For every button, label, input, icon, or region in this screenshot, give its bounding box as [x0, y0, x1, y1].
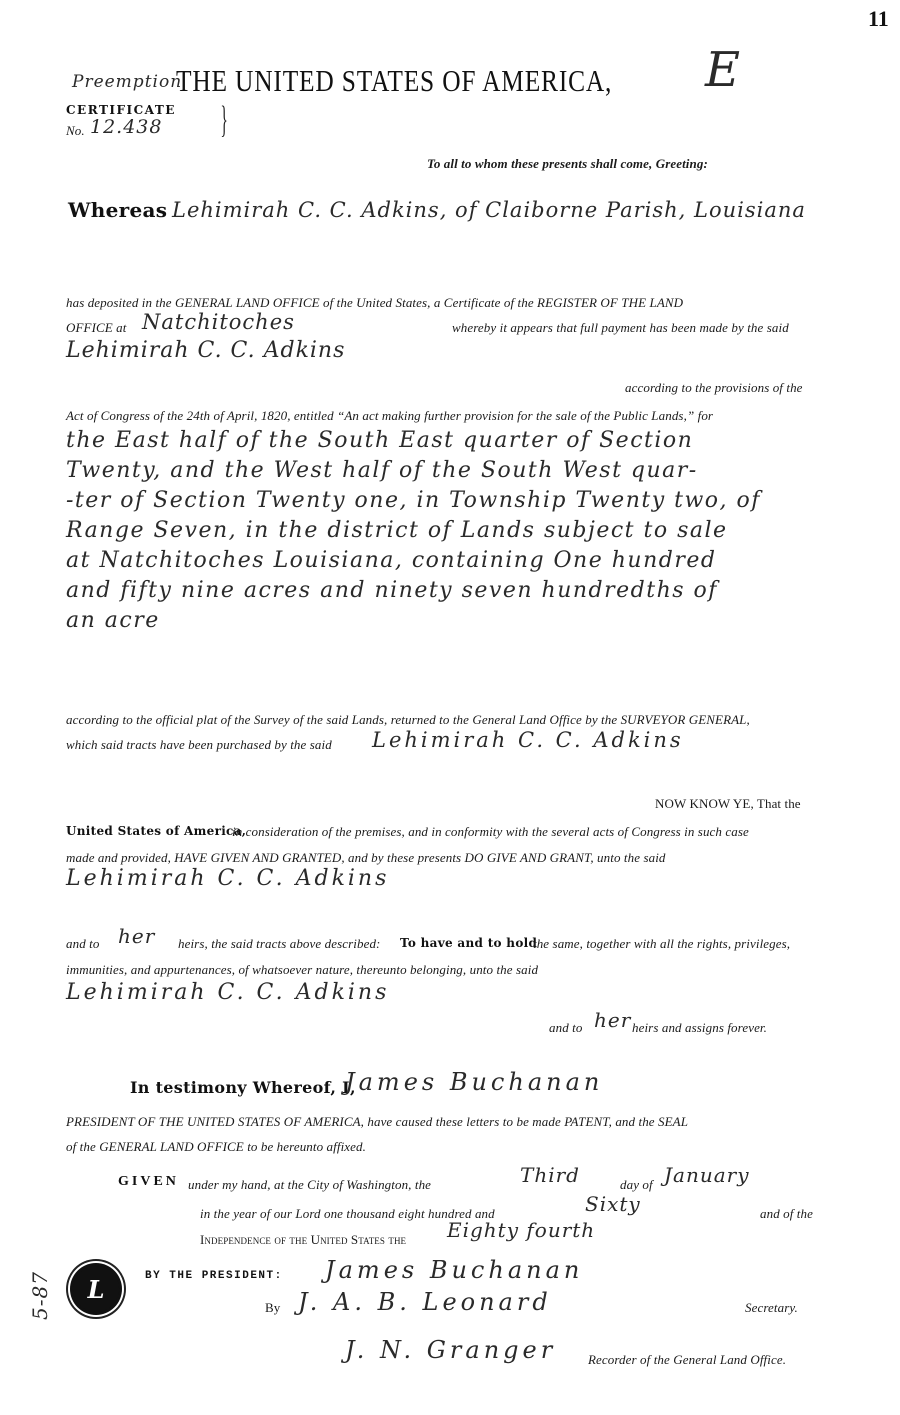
recorder-signature: J. N. Granger [345, 1336, 556, 1364]
certificate-label: CERTIFICATE [66, 103, 176, 117]
preemption-label: Preemption [72, 72, 182, 92]
given-line3: Independence of the United States the [200, 1232, 406, 1248]
to-have-label: To have and to hold [400, 936, 537, 950]
document-title: THE UNITED STATES OF AMERICA, [176, 63, 612, 99]
whereby-text: whereby it appears that full payment has… [452, 320, 789, 336]
margin-note: 5-87 [28, 1271, 52, 1320]
independence-year: Eighty fourth [447, 1218, 595, 1242]
testimony-line1: PRESIDENT OF THE UNITED STATES OF AMERIC… [66, 1114, 688, 1130]
grantee-name: Lehimirah C. C. Adkins [66, 866, 389, 891]
united-states-label: United States of America, [66, 824, 246, 838]
bracket-icon: } [220, 98, 227, 142]
pronoun: her [118, 924, 155, 948]
land-description-line: and fifty nine acres and ninety seven hu… [66, 578, 718, 603]
by-label: By [265, 1300, 280, 1316]
seal-glyph: L [70, 1263, 122, 1315]
final-pronoun: her [594, 1008, 631, 1032]
immunities-line: immunities, and appurtenances, of whatso… [66, 962, 538, 978]
office-name: Natchitoches [142, 310, 295, 334]
by-president-label: BY THE PRESIDENT: [145, 1270, 283, 1282]
recorder-label: Recorder of the General Land Office. [588, 1352, 786, 1368]
final-rest: heirs and assigns forever. [632, 1020, 767, 1036]
land-description-line: -ter of Section Twenty one, in Township … [66, 488, 761, 513]
payer-name: Lehimirah C. C. Adkins [66, 338, 345, 363]
final-and-to: and to [549, 1020, 582, 1036]
office-at-label: OFFICE at [66, 320, 126, 336]
secretary-label: Secretary. [745, 1300, 798, 1316]
land-description-line: the East half of the South East quarter … [66, 428, 693, 453]
grant-line1: in consideration of the premises, and in… [232, 824, 749, 840]
heirs-rest: the same, together with all the rights, … [533, 936, 790, 952]
land-patent-document: { "page_number": "11", "header": { "pree… [0, 0, 900, 1415]
purchaser-name: Lehimirah C. C. Adkins [372, 728, 684, 752]
act-text: Act of Congress of the 24th of April, 18… [66, 408, 713, 424]
grantee-name-2: Lehimirah C. C. Adkins [66, 980, 389, 1005]
land-description-line: an acre [66, 608, 160, 633]
given-day: Third [520, 1163, 580, 1187]
given-line1: under my hand, at the City of Washington… [188, 1177, 431, 1193]
given-label: GIVEN [118, 1174, 179, 1190]
whereas-label: Whereas [68, 198, 167, 222]
president-signature: James Buchanan [325, 1256, 583, 1284]
testimony-line2: of the GENERAL LAND OFFICE to be hereunt… [66, 1139, 366, 1155]
land-description-line: at Natchitoches Louisiana, containing On… [66, 548, 716, 573]
page-number: 11 [868, 6, 889, 32]
certificate-number: 12.438 [90, 116, 162, 138]
secretary-signature: J. A. B. Leonard [298, 1288, 552, 1316]
testimony-label: In testimony Whereof, I, [130, 1078, 356, 1097]
and-to-label: and to [66, 936, 99, 952]
heirs-line: heirs, the said tracts above described: [178, 936, 380, 952]
survey-line1: according to the official plat of the Su… [66, 712, 750, 728]
greeting: To all to whom these presents shall come… [427, 156, 708, 172]
deposit-line1: has deposited in the GENERAL LAND OFFICE… [66, 295, 683, 311]
seal-icon: L [70, 1263, 122, 1315]
given-month: January [664, 1163, 750, 1187]
according-text: according to the provisions of the [625, 380, 803, 396]
land-description-line: Range Seven, in the district of Lands su… [66, 518, 728, 543]
corner-mark: E [705, 42, 741, 98]
president-name: James Buchanan [345, 1068, 603, 1096]
and-of-label: and of the [760, 1206, 813, 1222]
whereas-text: Lehimirah C. C. Adkins, of Claiborne Par… [172, 198, 806, 222]
grant-line2: made and provided, HAVE GIVEN AND GRANTE… [66, 850, 666, 866]
survey-line2: which said tracts have been purchased by… [66, 737, 332, 753]
now-know-text: NOW KNOW YE, That the [655, 796, 801, 812]
land-description-line: Twenty, and the West half of the South W… [66, 458, 698, 483]
day-of-label: day of [620, 1177, 653, 1193]
given-year: Sixty [585, 1192, 641, 1216]
certificate-no-label: No. [66, 123, 85, 139]
